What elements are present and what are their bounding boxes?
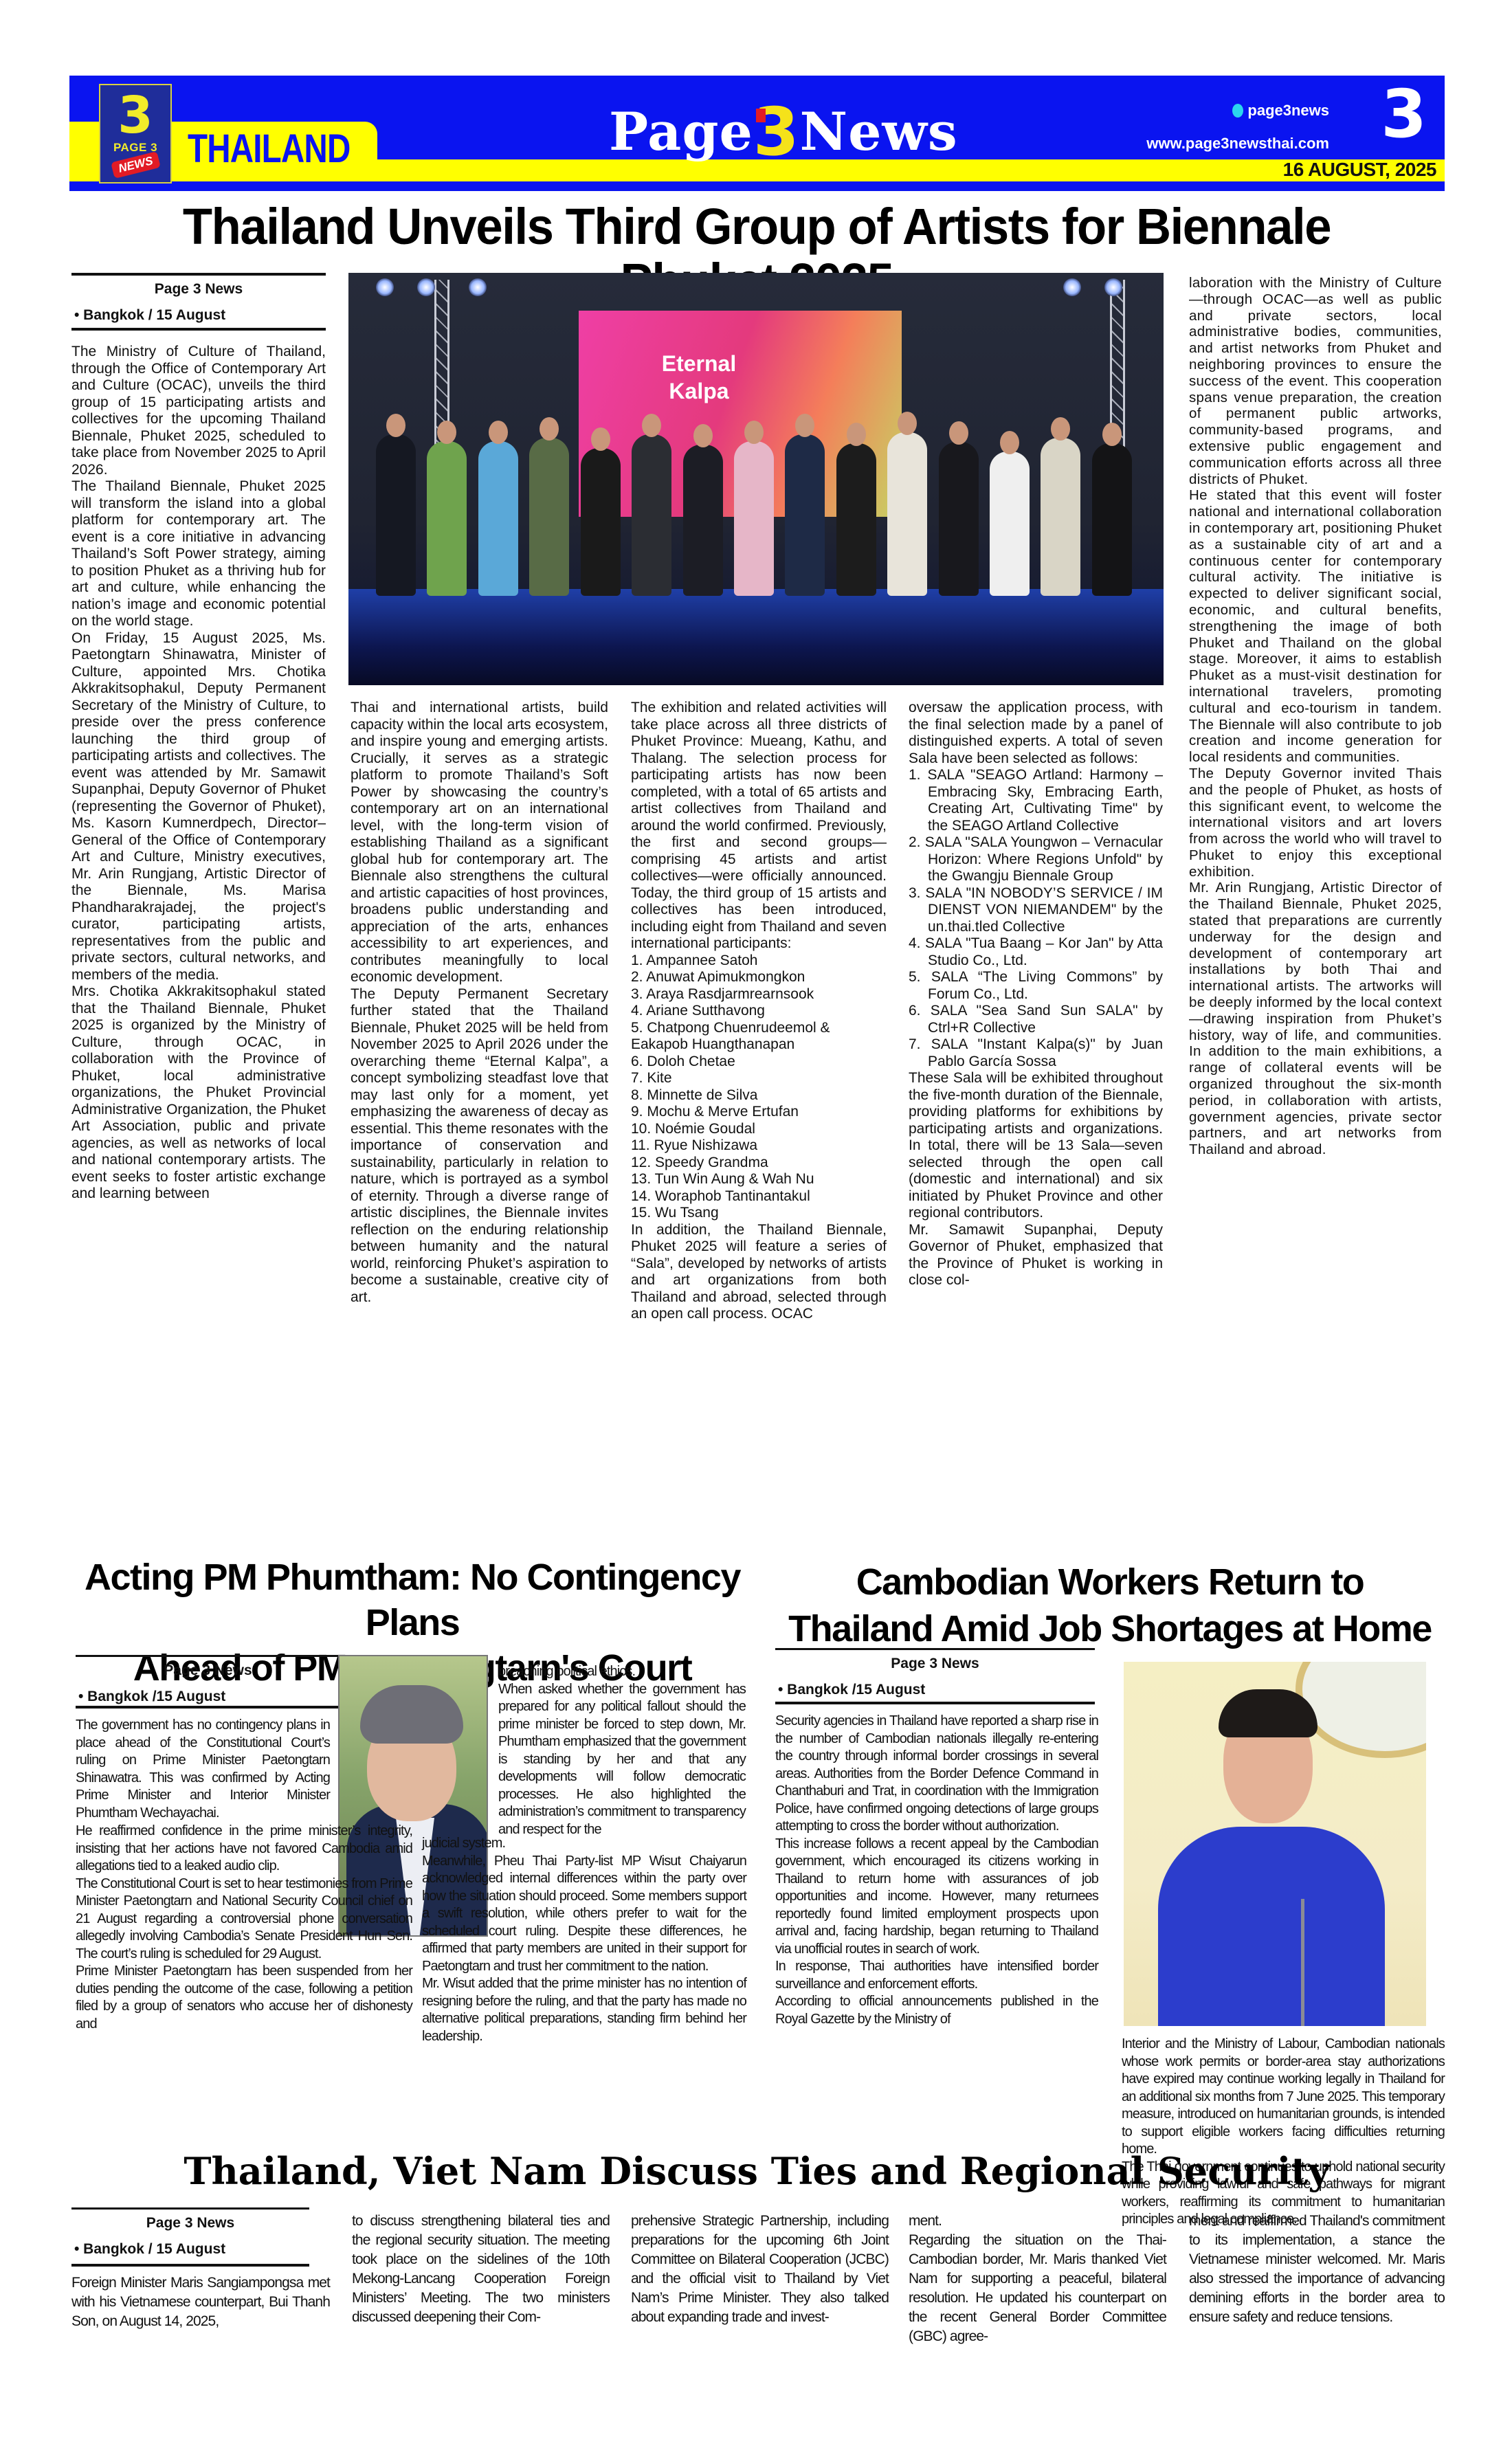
paragraph: On Friday, 15 August 2025, Ms. Paetongta… [71, 630, 326, 984]
stage-light-icon [469, 278, 487, 296]
vietnam-col-1: Foreign Minister Maris Sangiampongsa met… [71, 2273, 330, 2331]
logo-news-label: NEWS [111, 151, 161, 179]
artist-item: 11. Ryue Nishizawa [631, 1137, 887, 1155]
paragraph: These Sala will be exhibited throughout … [909, 1070, 1163, 1222]
person [376, 434, 416, 596]
main-col-5: laboration with the Ministry of Culture—… [1189, 275, 1442, 1158]
person [1041, 438, 1080, 596]
cambodia-col-2: Interior and the Ministry of Labour, Cam… [1122, 2036, 1445, 2229]
person [785, 434, 825, 596]
sala-item: 5. SALA “The Living Commons” by Forum Co… [909, 969, 1163, 1003]
paragraph: Interior and the Ministry of Labour, Cam… [1122, 2036, 1445, 2159]
paragraph: When asked whether the government has pr… [498, 1681, 746, 1839]
sala-item: 4. SALA "Tua Baang – Kor Jan" by Atta St… [909, 935, 1163, 969]
main-col-2: Thai and international artists, build ca… [351, 700, 608, 1306]
pm-col-1-top: The government has no contingency plans … [76, 1717, 330, 1822]
artist-list: 1. Ampannee Satoh 2. Anuwat Apimukmongko… [631, 953, 887, 1222]
byline-location-date: • Bangkok /15 August [76, 1689, 340, 1705]
pm-col-2-top: breaching political ethics. When asked w… [498, 1663, 746, 1838]
sala-item: 6. SALA "Sea Sand Sun SALA" by Ctrl+R Co… [909, 1003, 1163, 1036]
stage-light-icon [417, 278, 435, 296]
artist-item: 10. Noémie Goudal [631, 1121, 887, 1138]
paragraph: to discuss strengthening bilateral ties … [352, 2212, 610, 2327]
vietnam-col-5: ment and reaffirmed Thailand's commitmen… [1189, 2212, 1445, 2327]
paragraph: The exhibition and related activities wi… [631, 700, 887, 953]
logo-number: 3 [118, 89, 153, 142]
sala-item: 3. SALA "IN NOBODY’S SERVICE / IM DIENST… [909, 885, 1163, 936]
byline-location-date: • Bangkok / 15 August [71, 2241, 309, 2258]
sala-list: 1. SALA "SEAGO Artland: Harmony – Embrac… [909, 767, 1163, 1070]
byline-source: Page 3 News [71, 281, 326, 298]
artist-item: 13. Tun Win Aung & Wah Nu [631, 1171, 887, 1188]
paragraph: Mr. Arin Rungjang, Artistic Director of … [1189, 880, 1442, 1158]
paragraph: The Deputy Permanent Secretary further s… [351, 986, 608, 1306]
stage-light-icon [376, 278, 394, 296]
paragraph: Mrs. Chotika Akkrakitsophakul stated tha… [71, 983, 326, 1203]
artist-item: 2. Anuwat Apimukmongkon [631, 969, 887, 986]
person [529, 438, 569, 596]
vietnam-col-2: to discuss strengthening bilateral ties … [352, 2212, 610, 2327]
pm-byline: Page 3 News • Bangkok /15 August [76, 1655, 340, 1709]
person [836, 443, 876, 596]
artist-item: 6. Doloh Chetae [631, 1054, 887, 1071]
artist-item: 1. Ampannee Satoh [631, 953, 887, 970]
microphone-icon [1301, 1899, 1304, 2026]
social-handle-text: page3news [1247, 102, 1329, 120]
artist-item: 12. Speedy Grandma [631, 1155, 887, 1172]
sala-item: 7. SALA "Instant Kalpa(s)" by Juan Pablo… [909, 1036, 1163, 1070]
main-col-1: The Ministry of Culture of Thailand, thr… [71, 344, 326, 1203]
paragraph: laboration with the Ministry of Culture—… [1189, 275, 1442, 487]
edition-country: THAILAND [188, 129, 350, 169]
paragraph: The Thailand Biennale, Phuket 2025 will … [71, 478, 326, 630]
paragraph: The Constitutional Court is set to hear … [76, 1876, 412, 1963]
person [581, 448, 621, 596]
website-link[interactable]: www.page3newsthai.com [1146, 135, 1329, 153]
paragraph: According to official announcements publ… [775, 1993, 1098, 2028]
paragraph: prehensive Strategic Partnership, includ… [631, 2212, 889, 2327]
vietnam-headline: Thailand, Viet Nam Discuss Ties and Regi… [69, 2151, 1445, 2191]
paragraph: In addition, the Thailand Biennale, Phuk… [631, 1222, 887, 1323]
cambodia-byline: Page 3 News • Bangkok /15 August [775, 1648, 1095, 1704]
pm-col-2: judicial system. Meanwhile, Pheu Thai Pa… [422, 1835, 746, 2045]
sala-item: 1. SALA "SEAGO Artland: Harmony – Embrac… [909, 767, 1163, 834]
paragraph: He stated that this event will foster na… [1189, 487, 1442, 766]
page3-logo[interactable]: 3 PAGE 3 NEWS [99, 84, 172, 183]
stage-light-icon [1104, 278, 1122, 296]
stage-light-icon [1063, 278, 1081, 296]
paragraph: Security agencies in Thailand have repor… [775, 1713, 1098, 1836]
main-col-3: The exhibition and related activities wi… [631, 700, 887, 1323]
screen-text: Eternal Kalpa [637, 350, 761, 405]
vietnam-col-3: prehensive Strategic Partnership, includ… [631, 2212, 889, 2327]
paragraph: Mr. Wisut added that the prime minister … [422, 1975, 746, 2045]
person [478, 441, 518, 596]
paragraph: In response, Thai authorities have inten… [775, 1958, 1098, 1993]
paragraph: The government has no contingency plans … [76, 1717, 330, 1822]
paragraph: ment and reaffirmed Thailand's commitmen… [1189, 2212, 1445, 2327]
page-number: 3 [1381, 80, 1427, 148]
person [683, 445, 723, 596]
artist-item: 5. Chatpong Chuenrudeemol & Eakapob Huan… [631, 1020, 887, 1054]
byline-location-date: • Bangkok / 15 August [71, 307, 326, 324]
paragraph: Foreign Minister Maris Sangiampongsa met… [71, 2273, 330, 2331]
paragraph: Prime Minister Paetongtarn has been susp… [76, 1963, 412, 2033]
hair [360, 1685, 463, 1744]
paragraph: ment. [909, 2212, 1166, 2231]
newspaper-title[interactable]: Page 3 News [609, 91, 958, 159]
paragraph: Mr. Samawit Supanphai, Deputy Governor o… [909, 1222, 1163, 1289]
person [1092, 443, 1132, 596]
person [734, 441, 774, 596]
artist-item: 3. Araya Rasdjarmrearnsook [631, 986, 887, 1003]
byline-source: Page 3 News [76, 1662, 340, 1679]
title-right: News [800, 104, 958, 159]
cambodia-headline: Cambodian Workers Return to Thailand Ami… [777, 1559, 1443, 1652]
person [427, 441, 467, 596]
artist-item: 7. Kite [631, 1070, 887, 1087]
artist-item: 4. Ariane Sutthavong [631, 1003, 887, 1020]
byline-source: Page 3 News [775, 1656, 1095, 1672]
blue-attire [1158, 1827, 1385, 2026]
artist-item: 9. Mochu & Merve Ertufan [631, 1104, 887, 1121]
person [990, 452, 1030, 596]
sala-item: 2. SALA "SALA Youngwon – Vernacular Hori… [909, 834, 1163, 885]
vietnam-col-4: ment. Regarding the situation on the Tha… [909, 2212, 1166, 2346]
artist-item: 14. Woraphob Tantinantakul [631, 1188, 887, 1205]
main-col-4: oversaw the application process, with th… [909, 700, 1163, 1289]
paragraph: The Ministry of Culture of Thailand, thr… [71, 344, 326, 478]
cambodia-headline-line1: Cambodian Workers Return to [777, 1559, 1443, 1605]
masthead-bottom-band [69, 181, 1445, 191]
paragraph: Regarding the situation on the Thai-Camb… [909, 2231, 1166, 2346]
minister-photo[interactable] [1124, 1662, 1426, 2026]
person [632, 434, 671, 596]
title-number: 3 [753, 104, 800, 159]
stage-floor [348, 589, 1164, 685]
emblem-seal [1296, 1662, 1426, 1758]
pm-headline-line1: Acting PM Phumtham: No Contingency Plans [76, 1555, 749, 1645]
main-byline: Page 3 News • Bangkok / 15 August [71, 273, 326, 331]
vietnam-byline: Page 3 News • Bangkok / 15 August [71, 2207, 309, 2267]
masthead: 3 PAGE 3 NEWS THAILAND Page 3 News page3… [69, 76, 1445, 191]
paragraph: judicial system. [422, 1835, 746, 1853]
social-dot-icon [1232, 104, 1243, 118]
artist-item: 15. Wu Tsang [631, 1205, 887, 1222]
paragraph: The Deputy Governor invited Thais and th… [1189, 766, 1442, 880]
paragraph: oversaw the application process, with th… [909, 700, 1163, 767]
title-left: Page [609, 104, 753, 159]
cambodia-headline-line2: Thailand Amid Job Shortages at Home [777, 1605, 1443, 1652]
cambodia-col-1: Security agencies in Thailand have repor… [775, 1713, 1098, 2028]
social-handle[interactable]: page3news [1232, 102, 1329, 120]
issue-date: 16 AUGUST, 2025 [1283, 158, 1436, 181]
person [939, 442, 979, 596]
paragraph: Thai and international artists, build ca… [351, 700, 608, 986]
artist-item: 8. Minnette de Silva [631, 1087, 887, 1104]
byline-location-date: • Bangkok /15 August [775, 1682, 1095, 1698]
pm-col-1: He reaffirmed confidence in the prime mi… [76, 1823, 412, 2033]
people-group [376, 421, 1132, 596]
hair [1219, 1689, 1318, 1737]
paragraph: He reaffirmed confidence in the prime mi… [76, 1823, 412, 1876]
paragraph: Meanwhile, Pheu Thai Party-list MP Wisut… [422, 1853, 746, 1976]
main-event-photo[interactable]: Eternal Kalpa [348, 273, 1164, 685]
byline-source: Page 3 News [71, 2215, 309, 2232]
paragraph: This increase follows a recent appeal by… [775, 1836, 1098, 1959]
person [887, 432, 927, 596]
paragraph: breaching political ethics. [498, 1663, 746, 1681]
